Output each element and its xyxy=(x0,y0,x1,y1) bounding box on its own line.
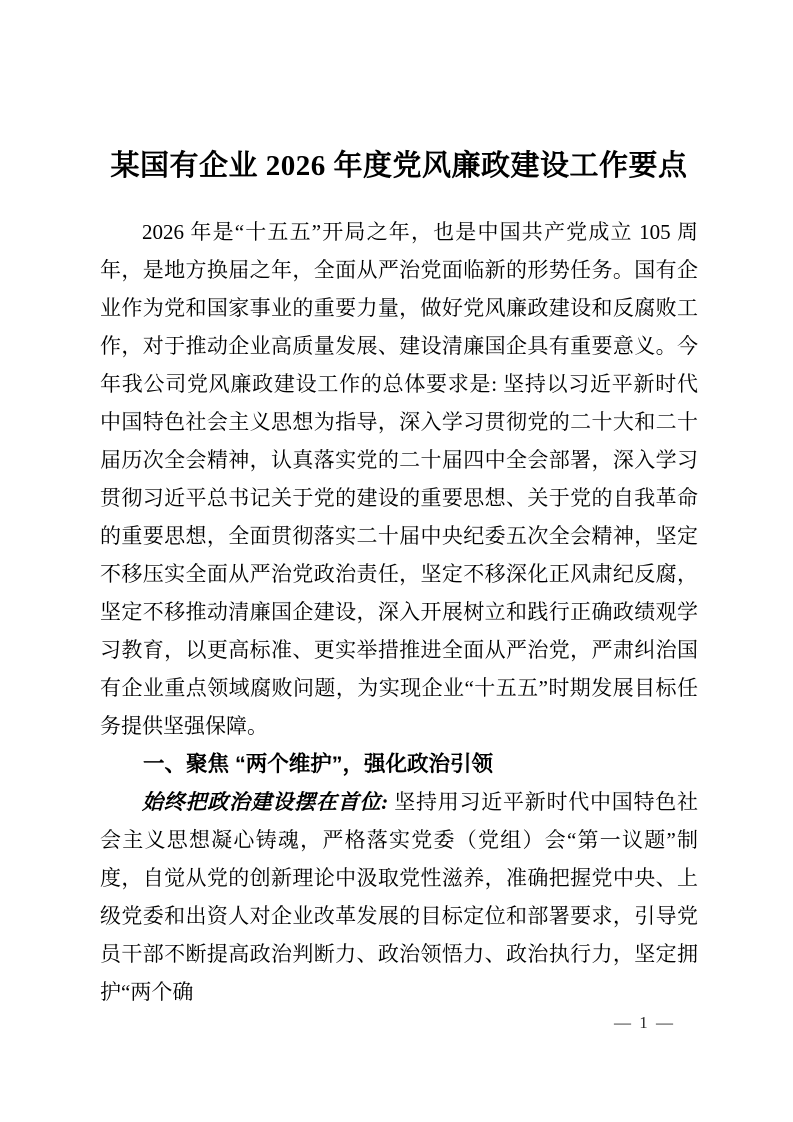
section-1-paragraph: 始终把政治建设摆在首位: 坚持用习近平新时代中国特色社会主义思想凝心铸魂，严格落… xyxy=(100,783,698,1011)
section-heading-1: 一、聚焦 “两个维护”，强化政治引领 xyxy=(100,745,698,783)
intro-paragraph: 2026 年是“十五五”开局之年，也是中国共产党成立 105 周年，是地方换届之… xyxy=(100,213,698,745)
section-1-body-text: 坚持用习近平新时代中国特色社会主义思想凝心铸魂，严格落实党委（党组）会“第一议题… xyxy=(100,790,698,1004)
document-content: 某国有企业 2026 年度党风廉政建设工作要点 2026 年是“十五五”开局之年… xyxy=(100,0,698,1011)
document-page: 某国有企业 2026 年度党风廉政建设工作要点 2026 年是“十五五”开局之年… xyxy=(0,0,793,1122)
section-1-lead-in: 始终把政治建设摆在首位: xyxy=(142,790,388,814)
page-number: — 1 — xyxy=(614,1012,675,1034)
document-title: 某国有企业 2026 年度党风廉政建设工作要点 xyxy=(100,146,698,186)
